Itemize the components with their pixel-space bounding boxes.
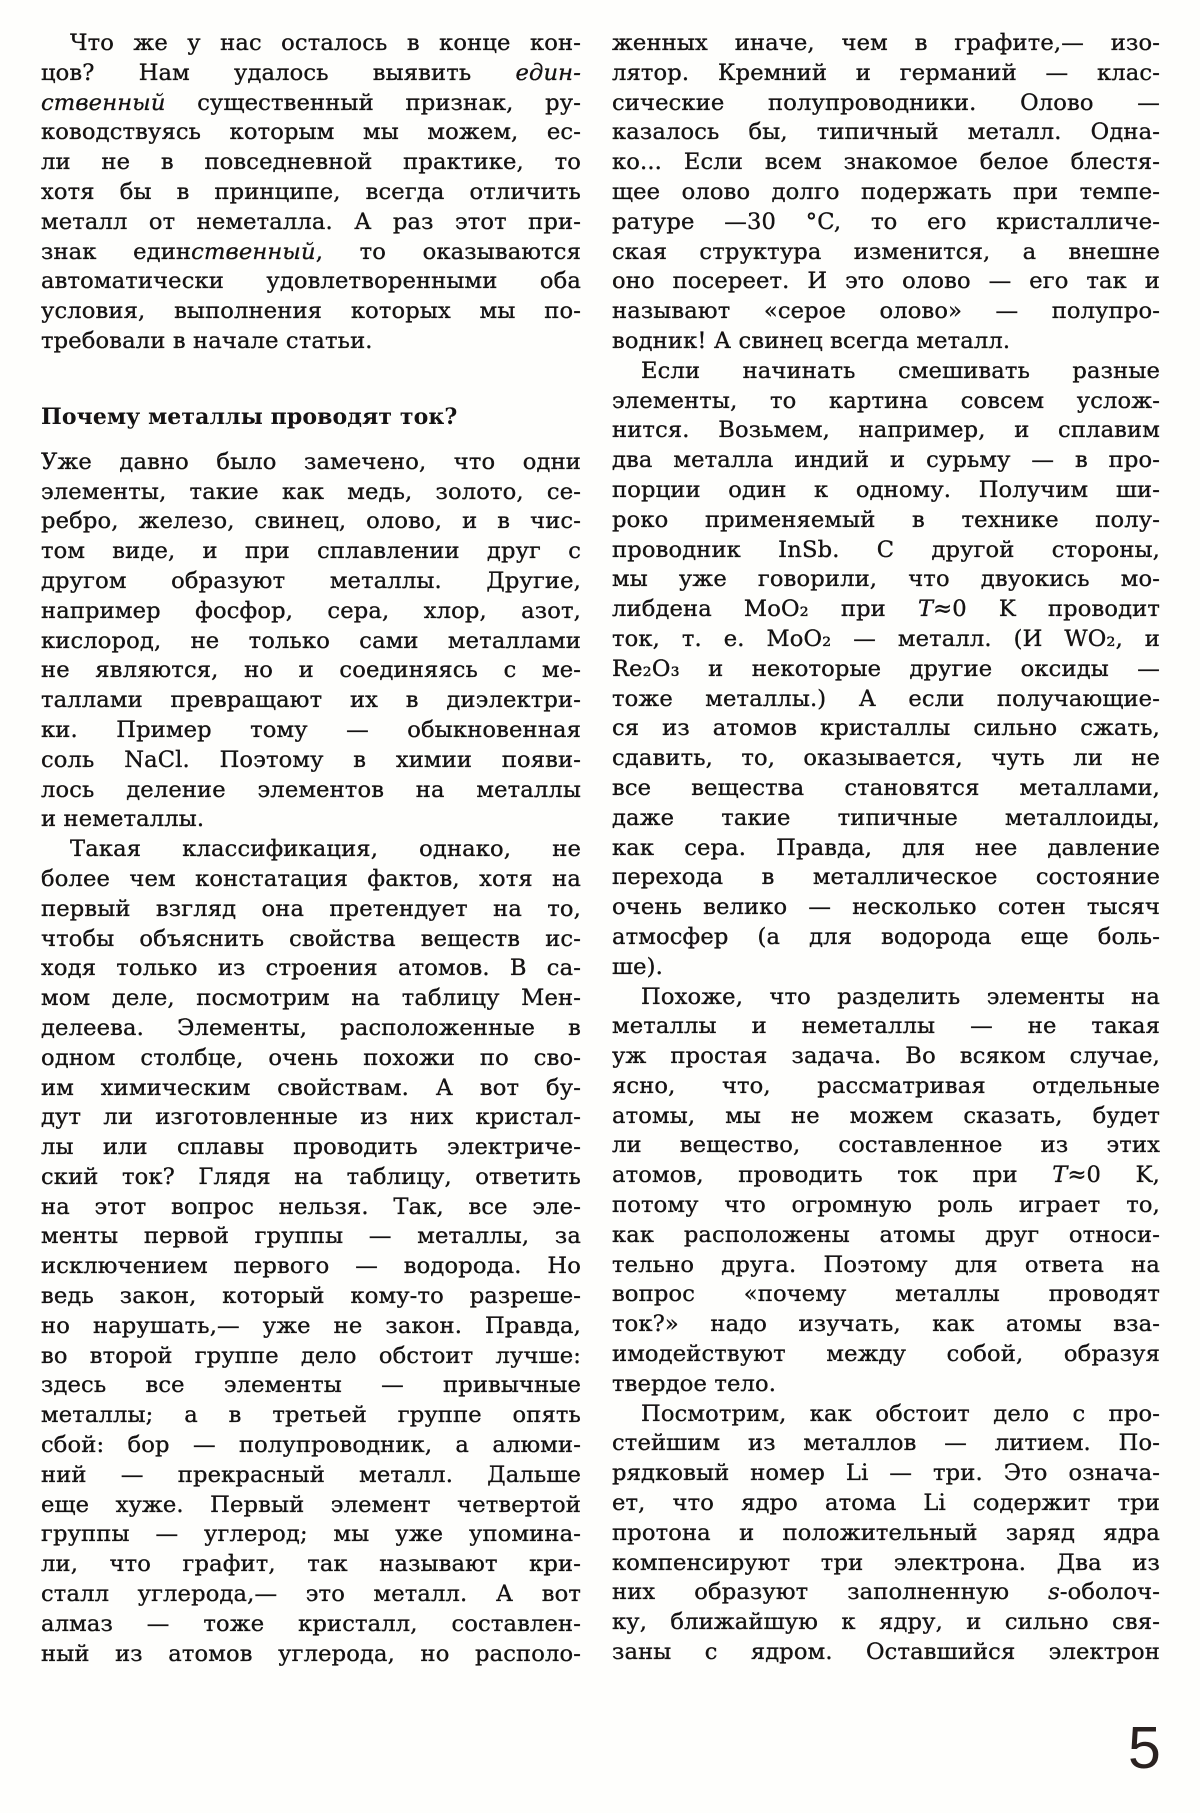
text-line: Re₂O₃ и некоторые другие оксиды — <box>612 655 1160 685</box>
text-line: ясно, что, рассматривая отдельные <box>612 1072 1160 1102</box>
text-line: ведь закон, который кому-то разреше- <box>41 1282 581 1312</box>
text-line: знак единственный, то оказываются <box>41 238 581 268</box>
text-line: одном столбце, очень похожи по сво- <box>41 1044 581 1074</box>
temperature-variable: T <box>918 596 933 622</box>
text-line: ку, ближайшую к ядру, и сильно свя- <box>612 1608 1160 1638</box>
text-line: алмаз — тоже кристалл, составлен- <box>41 1610 581 1640</box>
text-line: условия, выполнения которых мы по- <box>41 297 581 327</box>
text-line: хотя бы в принципе, всегда отличить <box>41 178 581 208</box>
text-line: даже такие типичные металлоиды, <box>612 804 1160 834</box>
text-line: например фосфор, сера, хлор, азот, <box>41 597 581 627</box>
text-line: атмосфер (а для водорода еще боль- <box>612 923 1160 953</box>
text-line: вопрос «почему металлы проводят <box>612 1280 1160 1310</box>
text-line: более чем констатация фактов, хотя на <box>41 865 581 895</box>
text-line: нится. Возьмем, например, и сплавим <box>612 416 1160 446</box>
text-line: делеева. Элементы, расположенные в <box>41 1014 581 1044</box>
text-line: называют «серое олово» — полупро- <box>612 297 1160 327</box>
text-line: таллами превращают их в диэлектри- <box>41 686 581 716</box>
text-line: дут ли изготовленные из них кристал- <box>41 1103 581 1133</box>
text-line: ли вещество, составленное из этих <box>612 1131 1160 1161</box>
text-line: оно посереет. И это олово — его так и <box>612 267 1160 297</box>
text-line: ный из атомов углерода, но располо- <box>41 1640 581 1670</box>
text-line: Уже давно было замечено, что одни <box>41 448 581 478</box>
text-line: мы уже говорили, что двуокись мо- <box>612 565 1160 595</box>
text-line: лятор. Кремний и германий — клас- <box>612 59 1160 89</box>
text-line: казалось бы, типичный металл. Одна- <box>612 118 1160 148</box>
text-line: уж простая задача. Во всяком случае, <box>612 1042 1160 1072</box>
paragraph-intro: Что же у нас осталось в конце кон-цов? Н… <box>41 29 581 357</box>
paragraph-lithium: Посмотрим, как обстоит дело с про-стейши… <box>612 1400 1160 1668</box>
text-line: лы или сплавы проводить электриче- <box>41 1133 581 1163</box>
text-line: ходя только из строения атомов. В са- <box>41 954 581 984</box>
text-line: протона и положительный заряд ядра <box>612 1519 1160 1549</box>
text-line: тоже металлы.) А если получающие- <box>612 685 1160 715</box>
text-line: заны с ядром. Оставшийся электрон <box>612 1638 1160 1668</box>
text-line: потому что огромную роль играет то, <box>612 1191 1160 1221</box>
text-line: элементы, такие как медь, золото, се- <box>41 478 581 508</box>
text-line: либдена MoO₂ при T≈0 K проводит <box>612 595 1160 625</box>
text-line: металлы и неметаллы — не такая <box>612 1012 1160 1042</box>
text-line: стейшим из металлов — литием. По- <box>612 1429 1160 1459</box>
page-number: 5 <box>1128 1718 1161 1778</box>
text-line: ше). <box>612 953 1160 983</box>
paragraph-classification: Такая классификация, однако, неболее чем… <box>41 835 581 1669</box>
text-line: чтобы объяснить свойства веществ ис- <box>41 925 581 955</box>
text-line: кислород, не только сами металлами <box>41 627 581 657</box>
text-line: порции один к одному. Получим ши- <box>612 476 1160 506</box>
text-line: атомы, мы не можем сказать, будет <box>612 1102 1160 1132</box>
text-line: женных иначе, чем в графите,— изо- <box>612 29 1160 59</box>
text-line: Такая классификация, однако, не <box>41 835 581 865</box>
text-line: все вещества становятся металлами, <box>612 774 1160 804</box>
text-line: атомов, проводить ток при T≈0 K, <box>612 1161 1160 1191</box>
text-line: ток?» надо изучать, как атомы вза- <box>612 1310 1160 1340</box>
text-line: и неметаллы. <box>41 805 581 835</box>
text-line: соль NaCl. Поэтому в химии появи- <box>41 746 581 776</box>
paragraph-mixing-elements: Если начинать смешивать разныеэлементы, … <box>612 357 1160 983</box>
paragraph-why-metals-conduct: Уже давно было замечено, что одниэлемент… <box>41 448 581 835</box>
text-line: ли, что графит, так называют кри- <box>41 1550 581 1580</box>
text-line: сталл углерода,— это металл. А вот <box>41 1580 581 1610</box>
text-line: тельно друга. Поэтому для ответа на <box>612 1251 1160 1281</box>
text-line: проводник InSb. С другой стороны, <box>612 536 1160 566</box>
text-line: ственный существенный признак, ру- <box>41 89 581 119</box>
text-line: автоматически удовлетворенными оба <box>41 267 581 297</box>
right-column: женных иначе, чем в графите,— изо-лятор.… <box>612 29 1160 1668</box>
text-line: мом деле, посмотрим на таблицу Мен- <box>41 984 581 1014</box>
emphasis: един- <box>515 60 581 86</box>
text-line: ли не в повседневной практике, то <box>41 148 581 178</box>
text-line: ний — прекрасный металл. Дальше <box>41 1461 581 1491</box>
text-line: здесь все элементы — привычные <box>41 1371 581 1401</box>
text-line: сбой: бор — полупроводник, а алюми- <box>41 1431 581 1461</box>
text-line: Посмотрим, как обстоит дело с про- <box>612 1400 1160 1430</box>
text-line: ся из атомов кристаллы сильно сжать, <box>612 714 1160 744</box>
text-line: исключением первого — водорода. Но <box>41 1252 581 1282</box>
text-line: ководствуясь которым мы можем, ес- <box>41 118 581 148</box>
left-column: Что же у нас осталось в конце кон-цов? Н… <box>41 29 581 1669</box>
text-line: ет, что ядро атома Li содержит три <box>612 1489 1160 1519</box>
text-line: группы — углерод; мы уже упомина- <box>41 1520 581 1550</box>
text-line: очень велико — несколько сотен тысяч <box>612 893 1160 923</box>
text-line: как расположены атомы друг относи- <box>612 1221 1160 1251</box>
text-line: ратуре —30 °C, то его кристалличе- <box>612 208 1160 238</box>
text-line: водник! А свинец всегда металл. <box>612 327 1160 357</box>
text-line: перехода в металлическое состояние <box>612 863 1160 893</box>
orbital-symbol: s <box>1048 1579 1060 1605</box>
text-line: ток, т. е. MoO₂ — металл. (И WO₂, и <box>612 625 1160 655</box>
emphasis: ственный <box>191 239 316 265</box>
text-line: рядковый номер Li — три. Это означа- <box>612 1459 1160 1489</box>
text-line: два металла индий и сурьму — в про- <box>612 446 1160 476</box>
text-line: но нарушать,— уже не закон. Правда, <box>41 1312 581 1342</box>
text-line: не являются, но и соединяясь с ме- <box>41 656 581 686</box>
text-line: во второй группе дело обстоит лучше: <box>41 1342 581 1372</box>
text-line: твердое тело. <box>612 1370 1160 1400</box>
text-line: них образуют заполненную s-оболоч- <box>612 1578 1160 1608</box>
text-line: как сера. Правда, для нее давление <box>612 834 1160 864</box>
text-line: другом образуют металлы. Другие, <box>41 567 581 597</box>
text-line: том виде, и при сплавлении друг с <box>41 537 581 567</box>
text-line: компенсируют три электрона. Два из <box>612 1549 1160 1579</box>
text-line: еще хуже. Первый элемент четвертой <box>41 1491 581 1521</box>
text-line: лось деление элементов на металлы <box>41 776 581 806</box>
temperature-variable: T <box>1052 1162 1067 1188</box>
text-line: ский ток? Глядя на таблицу, ответить <box>41 1163 581 1193</box>
text-line: ребро, железо, свинец, олово, и в чис- <box>41 507 581 537</box>
text-line: ко... Если всем знакомое белое блестя- <box>612 148 1160 178</box>
text-line: на этот вопрос нельзя. Так, все эле- <box>41 1193 581 1223</box>
text-line: Если начинать смешивать разные <box>612 357 1160 387</box>
text-line: металлы; а в третьей группе опять <box>41 1401 581 1431</box>
text-line: им химическим свойствам. А вот бу- <box>41 1074 581 1104</box>
text-line: ская структура изменится, а внешне <box>612 238 1160 268</box>
text-line: элементы, то картина совсем услож- <box>612 387 1160 417</box>
text-line: Что же у нас осталось в конце кон- <box>41 29 581 59</box>
text-line: щее олово долго подержать при темпе- <box>612 178 1160 208</box>
text-line: требовали в начале статьи. <box>41 327 581 357</box>
text-line: имодействуют между собой, образуя <box>612 1340 1160 1370</box>
text-line: ки. Пример тому — обыкновенная <box>41 716 581 746</box>
section-heading: Почему металлы проводят ток? <box>41 402 581 432</box>
text-line: роко применяемый в технике полу- <box>612 506 1160 536</box>
paragraph-continuation: женных иначе, чем в графите,— изо-лятор.… <box>612 29 1160 357</box>
text-line: сические полупроводники. Олово — <box>612 89 1160 119</box>
text-line: металл от неметалла. А раз этот при- <box>41 208 581 238</box>
text-line: первый взгляд она претендует на то, <box>41 895 581 925</box>
text-line: сдавить, то, оказывается, чуть ли не <box>612 744 1160 774</box>
emphasis: ственный <box>41 90 166 116</box>
text-line: менты первой группы — металлы, за <box>41 1222 581 1252</box>
paragraph-dividing-elements: Похоже, что разделить элементы наметаллы… <box>612 983 1160 1400</box>
text-line: цов? Нам удалось выявить един- <box>41 59 581 89</box>
text-line: Похоже, что разделить элементы на <box>612 983 1160 1013</box>
